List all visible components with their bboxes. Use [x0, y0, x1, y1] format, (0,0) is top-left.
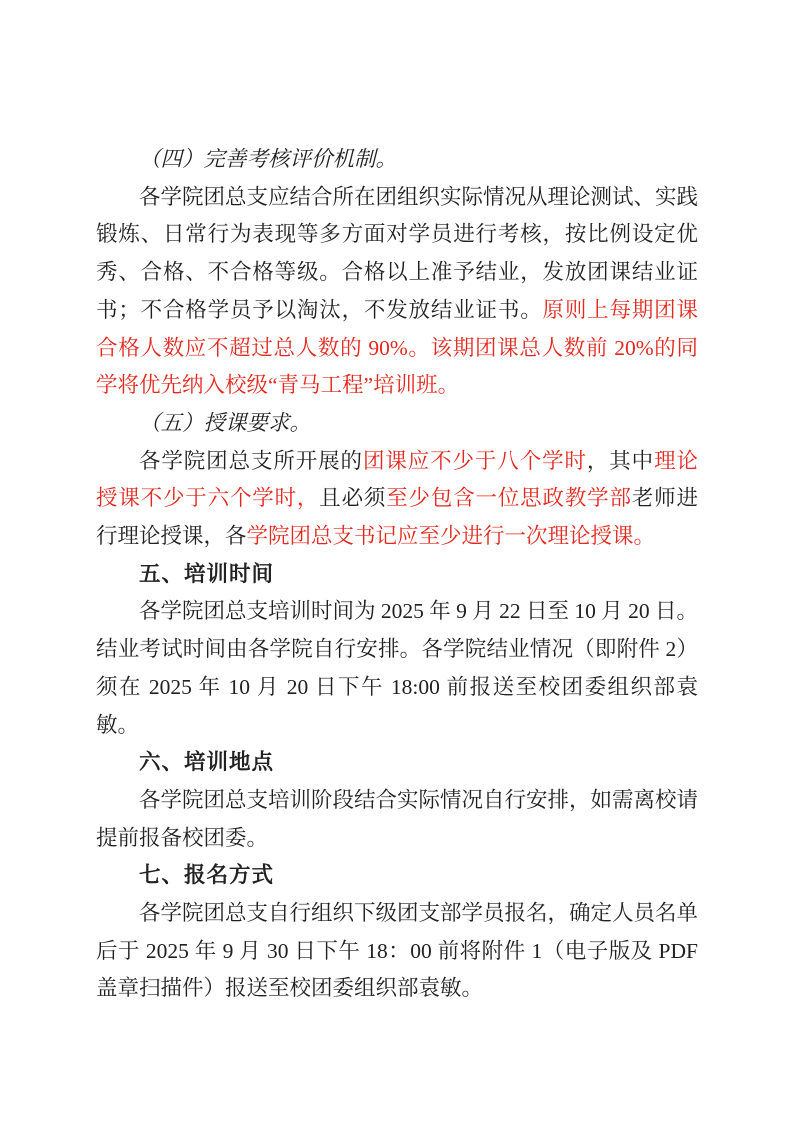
paragraph-teaching-text-2: ，其中: [587, 449, 654, 473]
section-heading-signup-method: 七、报名方式: [96, 857, 698, 895]
paragraph-signup-method: 各学院团总支自行组织下级团支部学员报名，确定人员名单后于 2025 年 9 月 …: [96, 895, 698, 1008]
paragraph-teaching-text-1: 各学院团总支所开展的: [139, 449, 363, 473]
section-heading-training-location: 六、培训地点: [96, 744, 698, 782]
document-page: （四）完善考核评价机制。 各学院团总支应结合所在团组织实际情况从理论测试、实践锻…: [0, 0, 793, 1122]
subsection-heading-assessment: （四）完善考核评价机制。: [96, 141, 698, 179]
paragraph-training-location: 各学院团总支培训阶段结合实际情况自行安排，如需离校请提前报备校团委。: [96, 782, 698, 857]
paragraph-teaching-highlight-1: 团课应不少于八个学时: [363, 449, 587, 473]
paragraph-teaching-highlight-4: 学院团总支书记应至少进行一次理论授课。: [247, 524, 656, 548]
paragraph-teaching-text-3: 且必须: [319, 486, 386, 510]
subsection-heading-teaching: （五）授课要求。: [96, 405, 698, 443]
paragraph-assessment: 各学院团总支应结合所在团组织实际情况从理论测试、实践锻炼、日常行为表现等多方面对…: [96, 179, 698, 405]
paragraph-teaching-highlight-3: 至少包含一位思政教学部: [386, 486, 632, 510]
section-heading-training-time: 五、培训时间: [96, 556, 698, 594]
paragraph-training-time: 各学院团总支培训时间为 2025 年 9 月 22 日至 10 月 20 日。结…: [96, 593, 698, 744]
paragraph-teaching: 各学院团总支所开展的团课应不少于八个学时，其中理论授课不少于六个学时，且必须至少…: [96, 443, 698, 556]
